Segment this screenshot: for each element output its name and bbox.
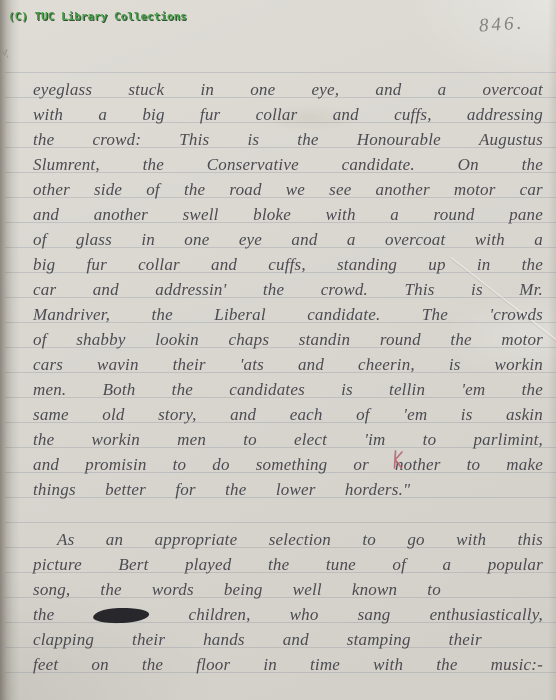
word: the [33,127,54,152]
word: parlimint, [473,427,543,452]
word: up [428,252,445,277]
word: children, [188,602,250,627]
word: men. [33,377,66,402]
word: in [141,227,155,252]
word: is [247,127,259,152]
word: song, [33,577,70,602]
handwriting-line: withabigfurcollarandcuffs,addressing [33,102,543,127]
word: crowd. [321,277,368,302]
word: the [450,327,471,352]
paragraph: Asanappropriateselectiontogowiththispict… [33,527,543,677]
word: or [353,452,369,477]
word: a [534,227,543,252]
binding-edge-shadow [0,0,20,700]
word: and [283,627,309,652]
word: cuffs, [394,102,432,127]
word: addressin' [155,277,226,302]
word: floor [196,652,230,677]
word: and [211,252,237,277]
word: standin [299,327,350,352]
handwriting-line: andanotherswellblokewitharoundpane [33,202,543,227]
word: one [250,77,275,102]
word: same [33,402,69,427]
word: lookin [155,327,199,352]
word: and [291,227,317,252]
word: stuck [128,77,164,102]
word: car [33,277,56,302]
word: to [173,452,187,477]
word: see [329,177,351,202]
word: other [33,177,70,202]
word: the [268,552,289,577]
handwriting-line: feetonthefloorintimewiththemusic:- [33,652,543,677]
word: the [225,477,246,502]
word: old [102,402,124,427]
word: candidate. [342,152,415,177]
word: the [100,577,121,602]
word: the [184,177,205,202]
handwriting-line: pictureBertplayedthetuneofapopular [33,552,543,577]
word: cheerin, [358,352,415,377]
handwriting-line: song,thewordsbeingwellknownto [33,577,441,602]
handwriting-line: thecrowd:ThisistheHonourableAugustus [33,127,543,152]
word: being [224,577,263,602]
word: with [475,227,505,252]
word: big [142,102,164,127]
word: standing [337,252,397,277]
word: and [93,277,119,302]
word: bloke [253,202,291,227]
word: on [91,652,108,677]
word: hands [203,627,245,652]
word: music:- [491,652,543,677]
word: and [230,402,256,427]
word: 'ats [240,352,264,377]
word: tune [326,552,356,577]
word: swell [183,202,219,227]
word: motor [454,177,496,202]
word: do [212,452,229,477]
word: to [362,527,376,552]
word: a [443,552,452,577]
word: and [375,77,401,102]
word: Slumrent, [33,152,100,177]
word: the [436,652,457,677]
word: their [132,627,165,652]
word: the [172,377,193,402]
word: with [326,202,356,227]
word: glass [76,227,112,252]
handwriting-line: thingsbetterforthelowerhorders." [33,477,410,502]
word: the [33,427,54,452]
word: sang [358,602,391,627]
word: with [33,102,63,127]
word: Mr. [519,277,543,302]
handwriting-line: theworkinmentoelect'imtoparlimint, [33,427,543,452]
word: the [142,652,163,677]
word: story, [158,402,197,427]
word: another [94,202,148,227]
word: of [392,552,406,577]
word: to [427,577,441,602]
word: eye [239,227,262,252]
word: This [404,277,434,302]
word: to [467,452,481,477]
word: Augustus [479,127,543,152]
word: is [471,277,483,302]
word: Liberal [214,302,265,327]
word: motor [501,327,543,352]
word: words [152,577,194,602]
word: selection [269,527,331,552]
word: fur [200,102,220,127]
word: the [263,277,284,302]
word: their [449,627,482,652]
word: overcoat [385,227,445,252]
word: On [458,152,479,177]
word: Bert [118,552,148,577]
margin-pencil-mark: 4, [1,47,11,59]
handwriting-line: bigfurcollarandcuffs,standingupinthe [33,252,543,277]
word: big [33,252,55,277]
word: pane [509,202,543,227]
word: 'im [364,427,385,452]
word: elect [294,427,327,452]
handwriting-line: clappingtheirhandsandstampingtheir [33,627,482,652]
word: Mandriver, [33,302,110,327]
handwriting-line: ofshabbylookinchapsstandinroundthemotor [33,327,543,352]
page-edge-shadow [548,0,556,700]
word: round [380,327,421,352]
word: to [243,427,257,452]
word: promisin [85,452,146,477]
word: collar [256,102,298,127]
word: appropriate [155,527,238,552]
word: chaps [228,327,269,352]
handwriting-line: andpromisintodosomethingornothertomake [33,452,543,477]
word: addressing [467,102,543,127]
word: candidates [229,377,305,402]
redaction-mark [93,607,149,624]
word: in [477,252,491,277]
handwriting-line: men.Boththecandidatesistellin'emthe [33,377,543,402]
word: clapping [33,627,94,652]
word: 'crowds [489,302,543,327]
word: is [449,352,461,377]
word: and [33,202,59,227]
word: car [520,177,543,202]
word: tellin [389,377,425,402]
word: and [298,352,324,377]
word: picture [33,552,82,577]
word: to [423,427,437,452]
word: in [200,77,214,102]
word: This [179,127,209,152]
word: a [390,202,399,227]
word: shabby [76,327,125,352]
word: the [143,152,164,177]
word: each [290,402,323,427]
handwriting-line: thechildren,whosangenthusiastically, [33,602,543,627]
word: popular [488,552,543,577]
word: go [407,527,424,552]
word: overcoat [483,77,543,102]
red-correction-mark [391,450,404,470]
word: Honourable [357,127,441,152]
handwriting-line: Slumrent,theConservativecandidate.Onthe [33,152,543,177]
word: one [184,227,209,252]
word: workin [495,352,543,377]
word: an [106,527,123,552]
word: and [33,452,59,477]
word: better [105,477,146,502]
word: a [438,77,447,102]
word: round [434,202,475,227]
word: something [256,452,328,477]
word: the [522,152,543,177]
handwriting-line: Mandriver,theLiberalcandidate.The'crowds [33,302,543,327]
handwriting-line: carswavintheir'atsandcheerin,isworkin [33,352,543,377]
word: The [422,302,448,327]
word: horders." [345,477,410,502]
handwriting-line: carandaddressin'thecrowd.ThisisMr. [33,277,543,302]
word: with [373,652,403,677]
word: the [522,377,543,402]
word: cars [33,352,63,377]
handwriting-line: eyeglassstuckinoneeye,andaovercoat [33,77,543,102]
word: of [356,402,370,427]
word: the [152,302,173,327]
word: 'em [403,402,427,427]
handwriting-line: sameoldstory,andeachof'emisaskin [33,402,543,427]
word: lower [276,477,316,502]
word: askin [506,402,543,427]
word: side [94,177,122,202]
word: feet [33,652,58,677]
word: crowd: [92,127,141,152]
word: of [146,177,160,202]
word: this [518,527,543,552]
word: eye, [312,77,340,102]
word: we [286,177,305,202]
word: collar [138,252,180,277]
word: workin [92,427,140,452]
word: As [57,527,74,552]
handwriting-line: ofglassinoneeyeandaovercoatwitha [33,227,543,252]
word: 'em [461,377,485,402]
word: of [33,327,47,352]
handwriting-block: eyeglassstuckinoneeye,andaovercoatwithab… [33,77,543,677]
word: Both [103,377,136,402]
word: their [173,352,206,377]
word: and [333,102,359,127]
word: Conservative [207,152,299,177]
word: well [293,577,322,602]
handwriting-line: othersideoftheroadweseeanothermotorcar [33,177,543,202]
paragraph: eyeglassstuckinoneeye,andaovercoatwithab… [33,77,543,502]
word: played [185,552,232,577]
word: nother [395,452,441,477]
word: eyeglass [33,77,92,102]
watermark: (C) TUC Library Collections [8,10,187,23]
word: time [310,652,340,677]
word: for [175,477,195,502]
word: road [229,177,261,202]
word: fur [86,252,106,277]
word: stamping [347,627,411,652]
word: a [347,227,356,252]
word: is [341,377,353,402]
word: men [177,427,206,452]
word: a [98,102,107,127]
word: things [33,477,76,502]
word: known [352,577,397,602]
handwriting-line: Asanappropriateselectiontogowiththis [33,527,543,552]
word: is [461,402,473,427]
word: the [297,127,318,152]
page-number: 846. [478,12,525,37]
word: who [290,602,319,627]
manuscript-page-scan: (C) TUC Library Collections 846. 4, eyeg… [0,0,556,700]
word: candidate. [307,302,380,327]
word: the [522,252,543,277]
word: the [33,602,54,627]
word: in [263,652,277,677]
word: cuffs, [268,252,306,277]
word: make [506,452,543,477]
word: enthusiastically, [430,602,543,627]
word: wavin [97,352,139,377]
word: another [376,177,430,202]
word: of [33,227,47,252]
word: with [456,527,486,552]
